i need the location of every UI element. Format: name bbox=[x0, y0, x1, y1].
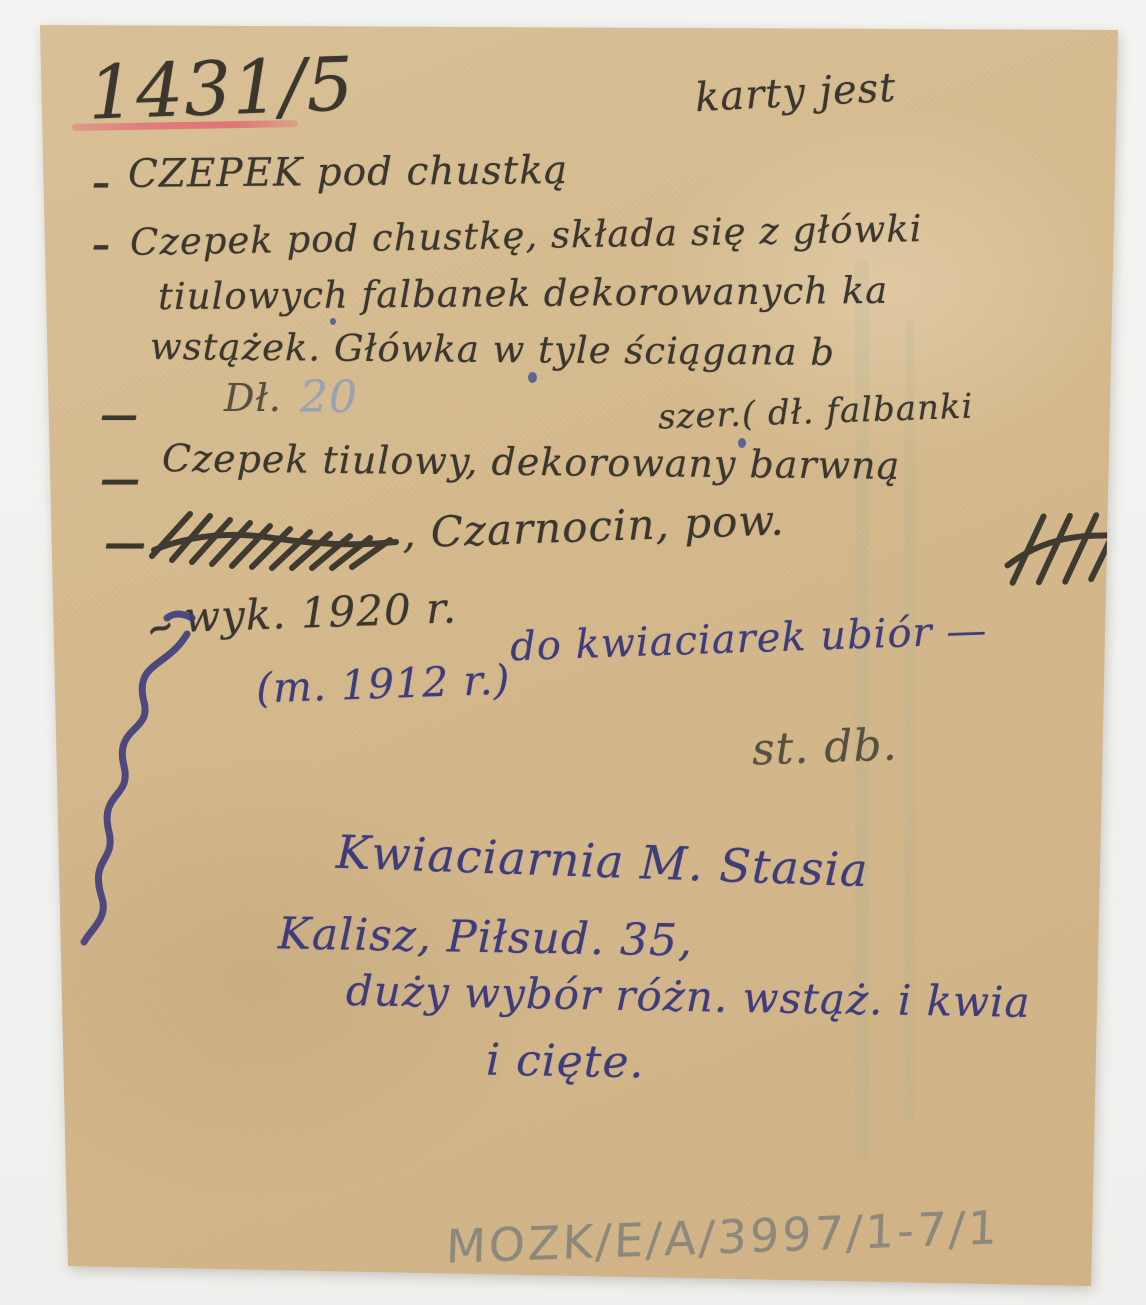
shop-name-line: Kwiaciarnia M. Stasia bbox=[335, 825, 869, 898]
ink-speck bbox=[330, 318, 336, 325]
entry-description-line1: Czepek pod chustkę, składa się z główki bbox=[130, 207, 923, 264]
dimension-note: szer.( dł. falbanki bbox=[657, 387, 974, 438]
scanned-index-card-scene: 1431/5 karty jest – CZEPEK pod chustką –… bbox=[0, 0, 1146, 1305]
entry-czepek-title: CZEPEK pod chustką bbox=[128, 148, 568, 197]
entry-year-made: wyk. 1920 r. bbox=[183, 583, 457, 641]
scribble-strikethrough-icon bbox=[989, 480, 1146, 600]
entry-description-line3: wstążek. Główka w tyle ściągana b bbox=[150, 325, 835, 374]
margin-flourish-icon bbox=[72, 606, 202, 946]
top-right-note: karty jest bbox=[694, 65, 897, 121]
shop-offer-line: duży wybór różn. wstąż. i kwia bbox=[346, 966, 1031, 1027]
ink-speck bbox=[528, 372, 537, 383]
bullet-dash: – bbox=[92, 224, 111, 266]
entry-tulle-cap: Czepek tiulowy, dekorowany barwną bbox=[162, 436, 901, 488]
ink-speck bbox=[738, 438, 746, 448]
condition-note: st. db. bbox=[751, 719, 898, 775]
blue-note-usage: do kwiaciarek ubiór — bbox=[509, 608, 988, 671]
bullet-dash: — bbox=[100, 392, 139, 437]
bullet-dash: — bbox=[100, 456, 141, 503]
shop-offer-line2: i cięte. bbox=[486, 1035, 645, 1089]
dimension-label: Dł. bbox=[224, 376, 282, 420]
archival-reference-number: MOZK/E/A/3997/1-7/1 bbox=[445, 1200, 1001, 1273]
bullet-dash: — bbox=[104, 518, 147, 567]
bullet-dash: – bbox=[92, 162, 111, 204]
blue-note-comma: , bbox=[1120, 636, 1134, 682]
entry-location: , Czarnocin, pow. bbox=[401, 495, 785, 557]
index-card: 1431/5 karty jest – CZEPEK pod chustką –… bbox=[0, 0, 1146, 1305]
blue-note-year: (m. 1912 r.) bbox=[255, 656, 511, 713]
dimension-value-pencil: 20 bbox=[300, 372, 358, 423]
entry-description-line2: tiulowych falbanek dekorowanych ka bbox=[158, 269, 889, 318]
shop-address-line: Kalisz, Piłsud. 35, bbox=[278, 908, 694, 966]
card-shadow-wrap: 1431/5 karty jest – CZEPEK pod chustką –… bbox=[0, 0, 1146, 1305]
scribble-strikethrough-icon bbox=[148, 498, 403, 573]
